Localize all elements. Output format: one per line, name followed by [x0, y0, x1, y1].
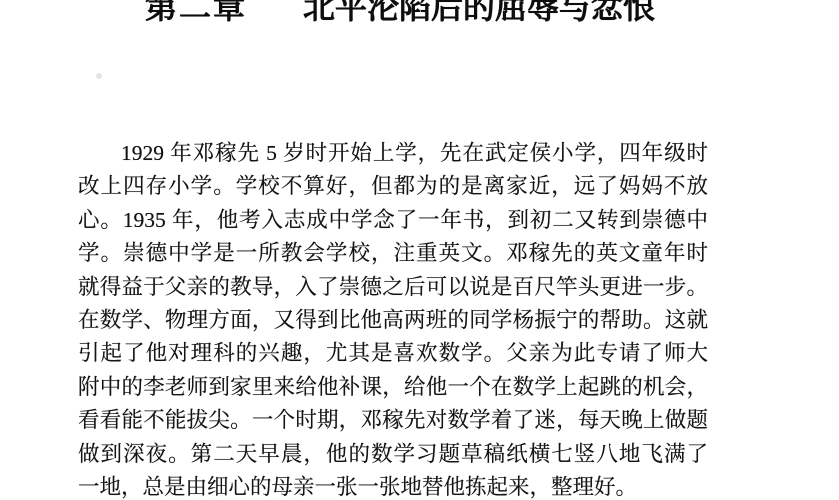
text-line: 1929 年邓稼先 5 岁时开始上学，先在武定侯小学，四年级时 [78, 137, 708, 170]
text-line: 心。1935 年，他考入志成中学念了一年书，到初二又转到崇德中 [78, 204, 708, 237]
text-line: 学。崇德中学是一所教会学校，注重英文。邓稼先的英文童年时 [78, 237, 708, 270]
text-line: 一地，总是由细心的母亲一张一张地替他拣起来，整理好。 [78, 471, 708, 500]
text-line: 做到深夜。第二天早晨，他的数学习题草稿纸横七竖八地飞满了 [78, 438, 708, 471]
chapter-heading: 第二章北平沦陷后的屈辱与忿恨 [145, 0, 655, 24]
chapter-title: 北平沦陷后的屈辱与忿恨 [303, 0, 655, 24]
scan-artifact-speck [96, 73, 102, 79]
text-line: 改上四存小学。学校不算好，但都为的是离家近，远了妈妈不放 [78, 170, 708, 203]
book-page: 第二章北平沦陷后的屈辱与忿恨 1929 年邓稼先 5 岁时开始上学，先在武定侯小… [0, 0, 839, 500]
text-line: 就得益于父亲的教导，入了崇德之后可以说是百尺竿头更进一步。 [78, 271, 708, 304]
text-line: 附中的李老师到家里来给他补课，给他一个在数学上起跳的机会， [78, 371, 708, 404]
text-line: 引起了他对理科的兴趣，尤其是喜欢数学。父亲为此专请了师大 [78, 337, 708, 370]
body-paragraph: 1929 年邓稼先 5 岁时开始上学，先在武定侯小学，四年级时 改上四存小学。学… [78, 137, 708, 500]
text-line: 看看能不能拔尖。一个时期，邓稼先对数学着了迷，每天晚上做题 [78, 404, 708, 437]
text-line: 在数学、物理方面，又得到比他高两班的同学杨振宁的帮助。这就 [78, 304, 708, 337]
chapter-number: 第二章 [145, 0, 247, 24]
